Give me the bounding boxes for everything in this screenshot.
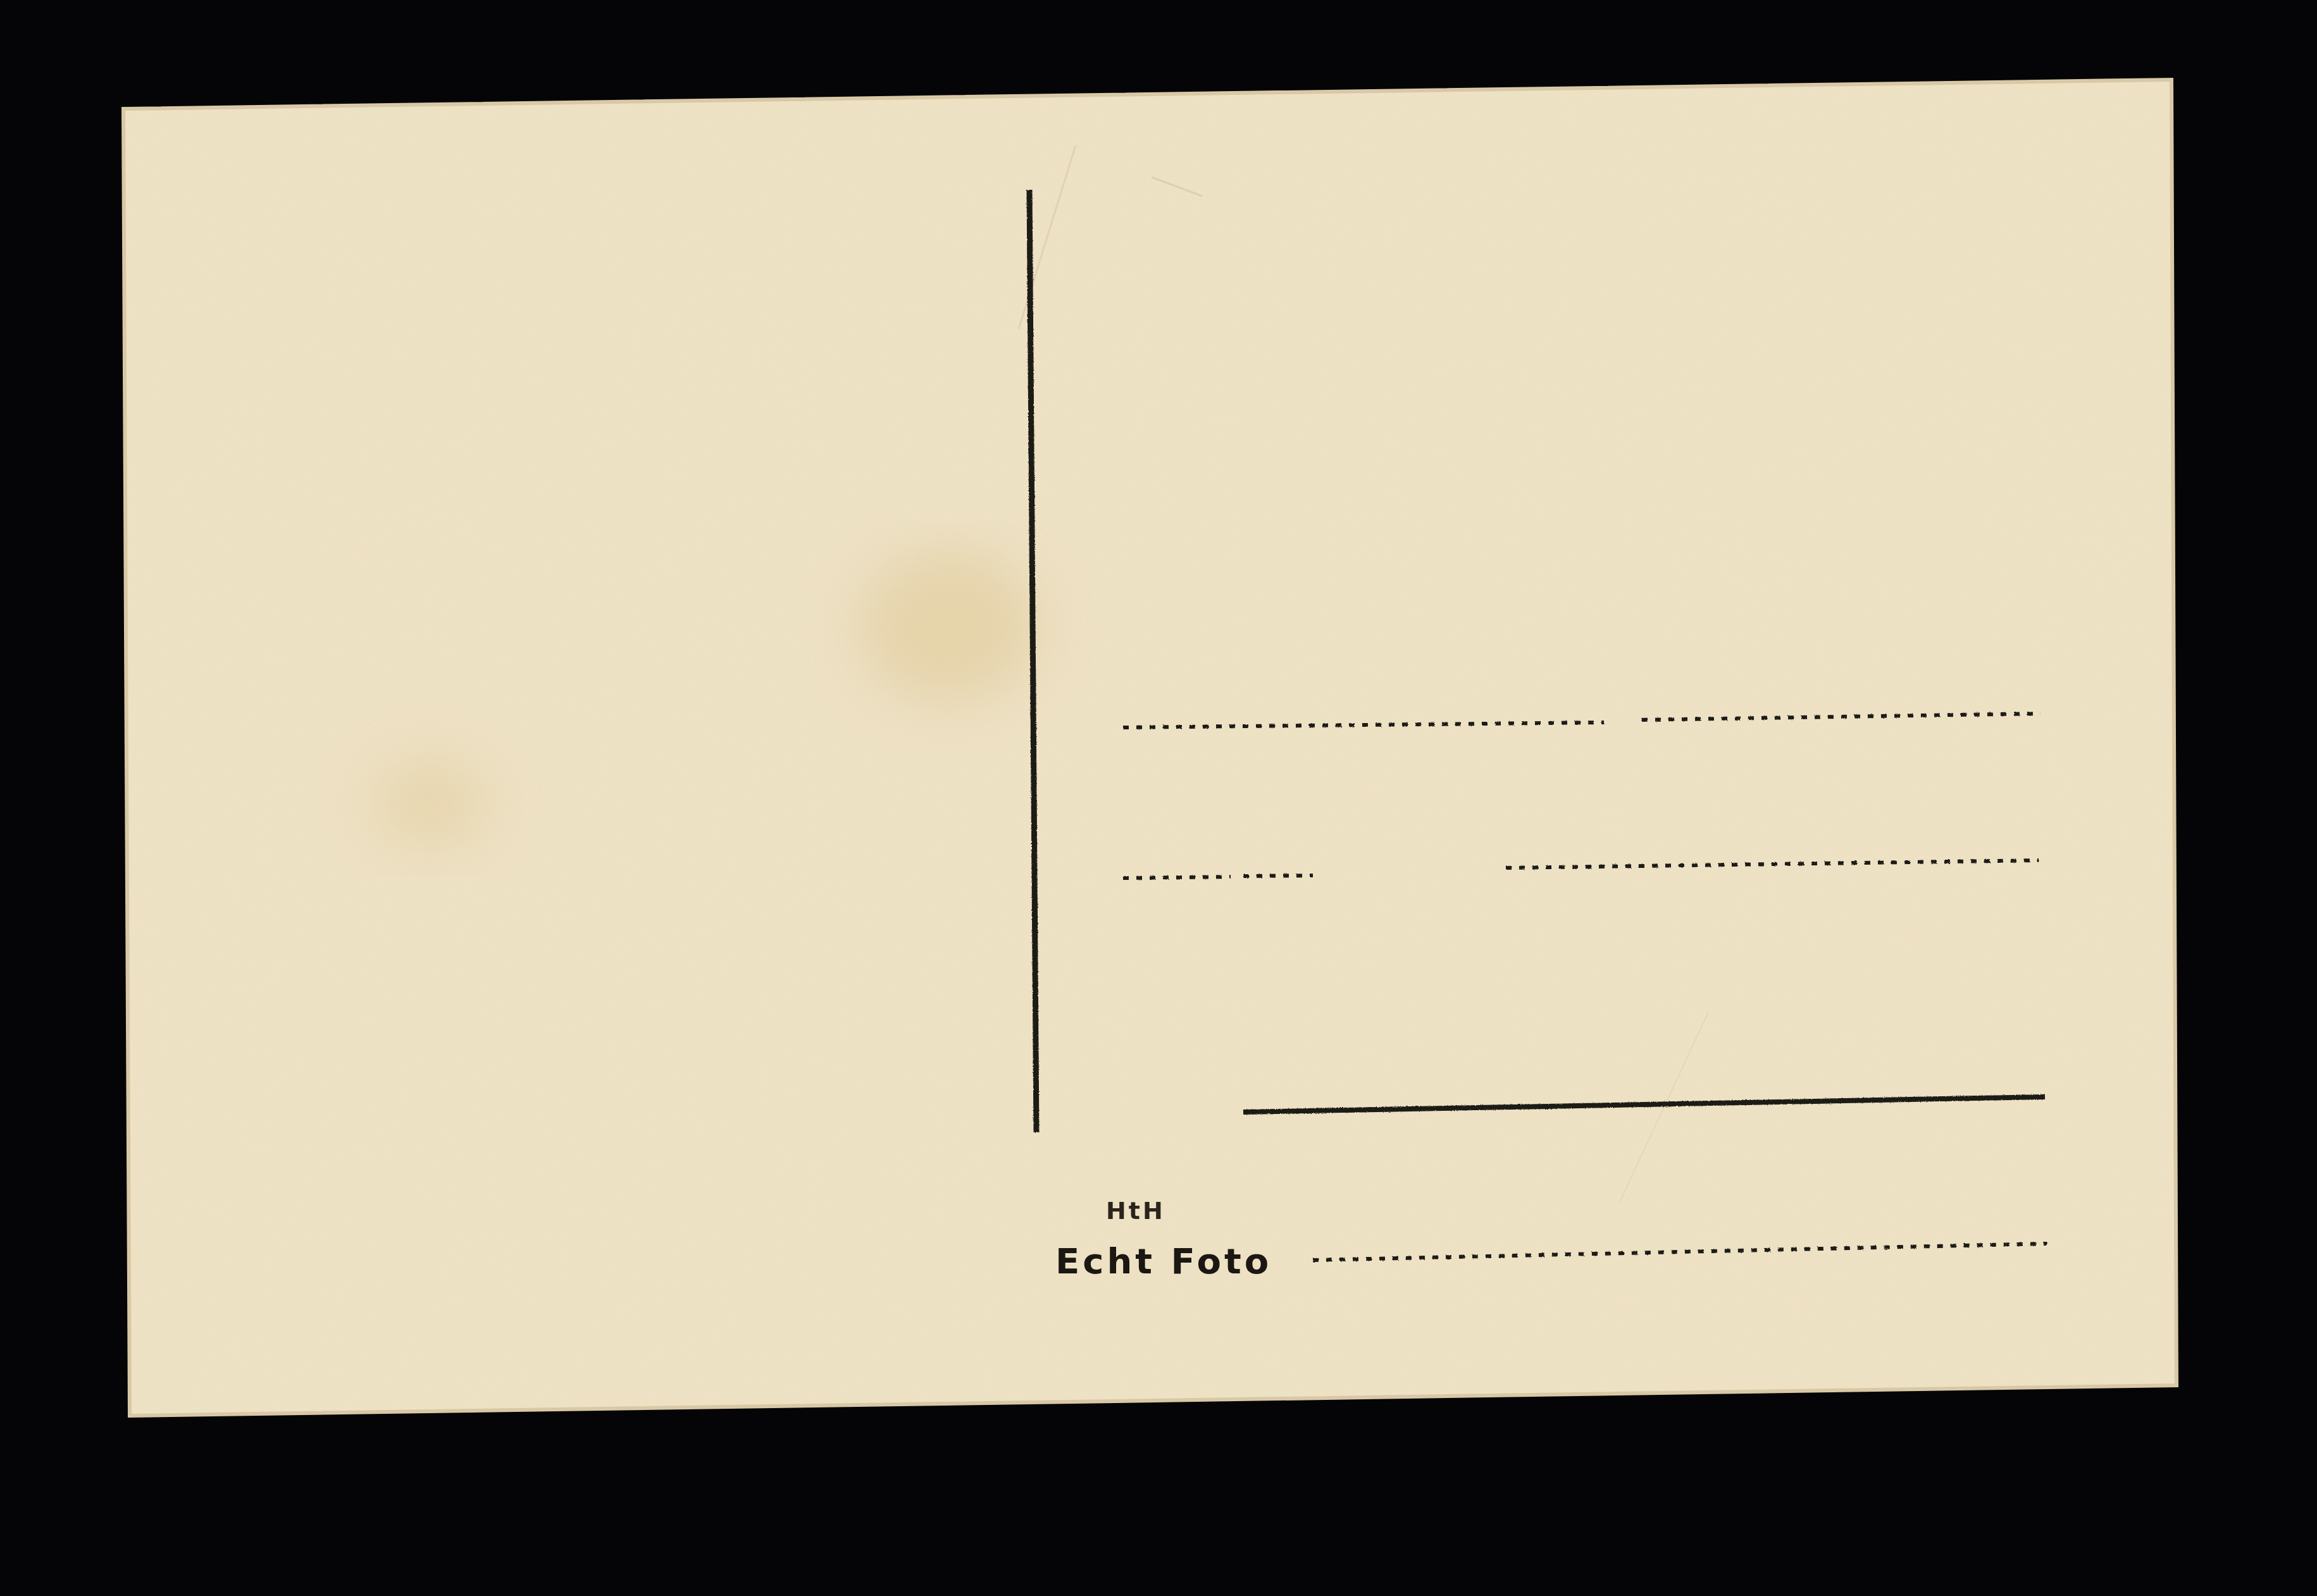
echt-foto-label: Echt Foto	[1055, 1241, 1272, 1282]
stain	[373, 759, 487, 848]
publisher-mark: HtH	[1106, 1197, 1165, 1225]
stain	[860, 550, 1038, 702]
postcard-scene	[0, 0, 2317, 1596]
